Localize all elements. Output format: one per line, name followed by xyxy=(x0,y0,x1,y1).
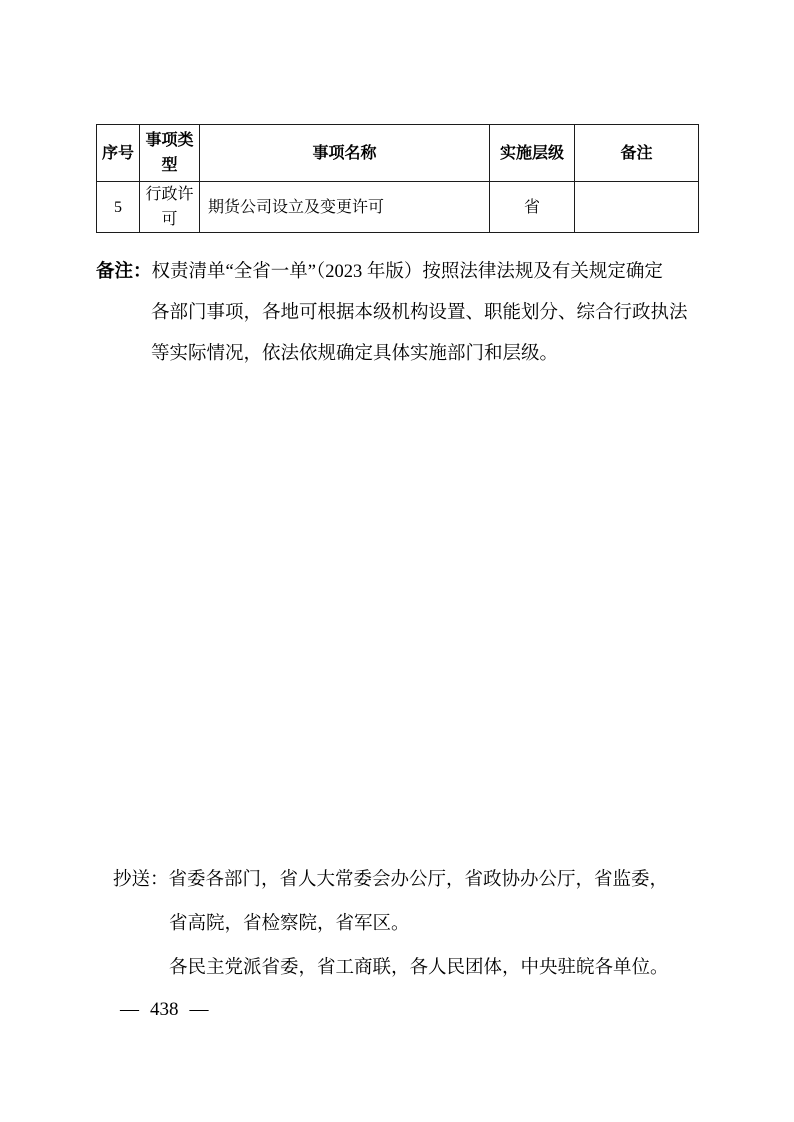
col-header-name: 事项名称 xyxy=(200,125,490,182)
cell-level: 省 xyxy=(490,182,575,233)
cc-line: 抄送：省委各部门，省人大常委会办公厅，省政协办公厅，省监委， xyxy=(169,858,753,902)
col-header-level: 实施层级 xyxy=(490,125,575,182)
note-text-line-3: 等实际情况，依法依规确定具体实施部门和层级。 xyxy=(151,334,712,375)
cell-name: 期货公司设立及变更许可 xyxy=(200,182,490,233)
cc-text-line-2: 省高院，省检察院，省军区。 xyxy=(169,902,753,946)
note-block: 备注：权责清单“全省一单”（2023 年版）按照法律法规及有关规定确定 各部门事… xyxy=(96,252,712,375)
note-text-line-2: 各部门事项，各地可根据本级机构设置、职能划分、综合行政执法 xyxy=(151,293,712,334)
cc-block: 抄送：省委各部门，省人大常委会办公厅，省政协办公厅，省监委， 省高院，省检察院，… xyxy=(113,858,753,990)
table-row: 5 行政许可 期货公司设立及变更许可 省 xyxy=(97,182,699,233)
note-label: 备注： xyxy=(96,262,152,282)
page-number: —438— xyxy=(120,998,209,1022)
table-header-row: 序号 事项类型 事项名称 实施层级 备注 xyxy=(97,125,699,182)
note-text-line-1: 权责清单“全省一单”（2023 年版）按照法律法规及有关规定确定 xyxy=(152,262,663,282)
cell-remark xyxy=(575,182,699,233)
col-header-type: 事项类型 xyxy=(140,125,200,182)
items-table: 序号 事项类型 事项名称 实施层级 备注 5 行政许可 期货公司设立及变更许可 … xyxy=(96,124,699,233)
document-page: 序号 事项类型 事项名称 实施层级 备注 5 行政许可 期货公司设立及变更许可 … xyxy=(0,0,794,1122)
col-header-seq: 序号 xyxy=(97,125,140,182)
cell-type: 行政许可 xyxy=(140,182,200,233)
note-line: 备注：权责清单“全省一单”（2023 年版）按照法律法规及有关规定确定 xyxy=(151,252,712,293)
cc-text-line-3: 各民主党派省委，省工商联，各人民团体，中央驻皖各单位。 xyxy=(169,946,753,990)
cc-text-line-1: 省委各部门，省人大常委会办公厅，省政协办公厅，省监委， xyxy=(169,870,669,890)
cell-seq: 5 xyxy=(97,182,140,233)
page-number-dash-left: — xyxy=(120,999,139,1020)
page-number-value: 438 xyxy=(150,999,179,1020)
page-number-dash-right: — xyxy=(190,999,209,1020)
cc-label: 抄送： xyxy=(113,870,169,890)
col-header-remark: 备注 xyxy=(575,125,699,182)
